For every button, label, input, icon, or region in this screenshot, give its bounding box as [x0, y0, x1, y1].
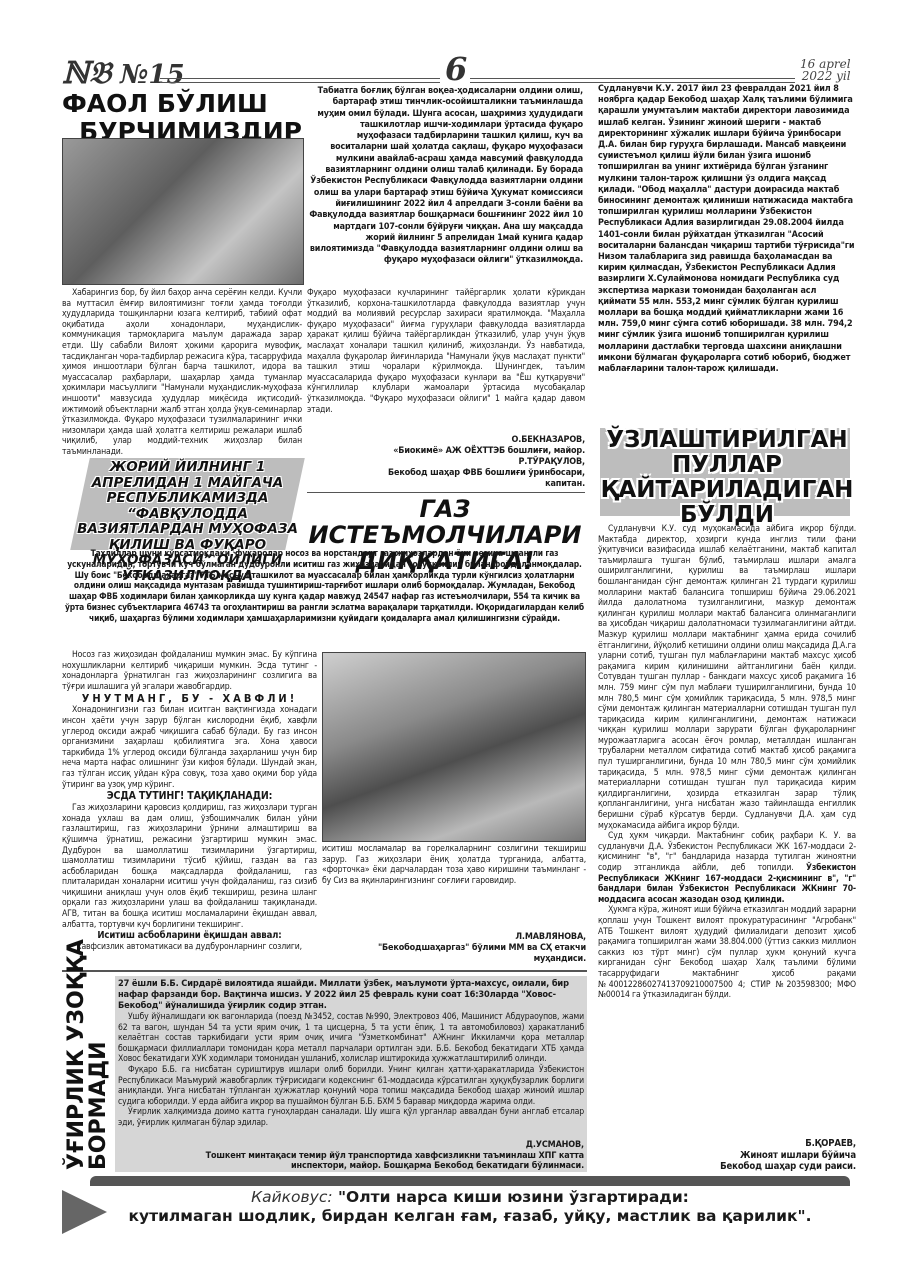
masthead-rule-right	[470, 78, 795, 83]
issue-date: 16 aprel 2022 yil	[800, 58, 851, 82]
quote-bar	[90, 1176, 850, 1186]
article-gas-col1: Носоз газ жиҳозидан фойдаланиш мумкин эм…	[62, 650, 317, 953]
article-civil-defense-col2: Фуқаро муҳофазаси кучларининг тайёргарли…	[307, 288, 585, 415]
page-number: 6	[445, 50, 467, 88]
article-gas-signature: Л.МАВЛЯНОВА, "Бекободшаҳаргаз" бўлими ММ…	[322, 932, 586, 965]
masthead-rule-left	[160, 78, 440, 83]
article-civil-defense-col1: Хабарингиз бор, бу йил баҳор анча серёғи…	[62, 288, 302, 458]
gas-workers-visit-photo	[322, 652, 586, 842]
article-theft-signature: Д.УСМАНОВ, Тошкент минтақаси темир йўл т…	[118, 1140, 584, 1172]
divider	[307, 492, 585, 493]
article-civil-defense-lead: Табиатга боғлиқ бўлган воқеа-ҳодисаларни…	[308, 86, 583, 267]
rescue-training-photo	[62, 138, 304, 285]
arrow-right-icon	[62, 1190, 107, 1234]
issue-label: №15	[120, 60, 184, 90]
article-theft-title: ЎҒИРЛИК УЗОҚҚА БОРМАДИ	[66, 939, 110, 1170]
article-court-body: Судланувчи К.У. суд муҳокамасида айбига …	[598, 524, 856, 1001]
article-theft-body: Ушбу йўналишдаги юк вагонларида (поезд №…	[118, 1012, 584, 1129]
article-gas-col2: иситиш мосламалар ва горелкаларнинг созл…	[322, 844, 586, 886]
newspaper-logo: ℕ𝔅	[62, 56, 111, 91]
quote-author: Кайковус:	[251, 1188, 332, 1206]
article-gas-subhead-forbidden: ЭСДА ТУТИНГ! ТАҚИҚЛАНАДИ:	[62, 790, 317, 803]
article-gas-lead: Таҳлиллар шуни кўрсатмоқдаки, фуқаролар …	[62, 548, 587, 624]
article-court-lead: Судланувчи К.У. 2017 йил 23 февралдан 20…	[598, 84, 856, 375]
footer-quote: Кайковус: "Олти нарса киши юзини ўзгарти…	[110, 1188, 830, 1226]
issue-number: ℕ𝔅 №15	[62, 56, 185, 91]
article-gas-subhead-danger: УНУТМАНГ, БУ - ХАВФЛИ!	[62, 692, 317, 705]
divider	[62, 970, 587, 972]
article-court-title: ЎЗЛАШТИРИЛГАН ПУЛЛАР ҚАЙТАРИЛАДИГАН БЎЛД…	[598, 428, 856, 528]
article-civil-defense-signature: О.БЕКНАЗАРОВ, «Биокимё» АЖ ОЁХТТЭБ бошли…	[307, 435, 585, 490]
article-theft-lead: 27 ёшли Б.Б. Сирдарё вилоятида яшайди. М…	[118, 978, 584, 1011]
article-court-signature: Б.ҚОРАЕВ, Жиноят ишлари бўйича Бекобод ш…	[598, 1138, 856, 1173]
